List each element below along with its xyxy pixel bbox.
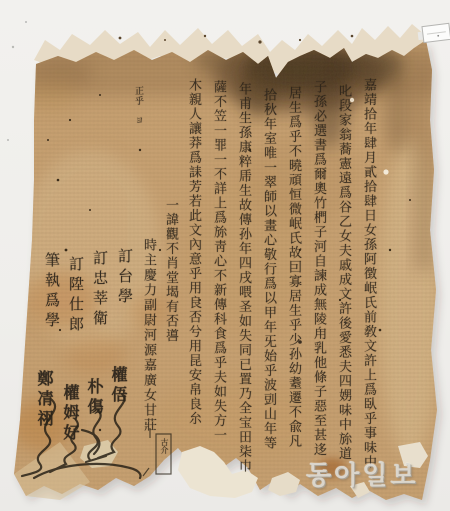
witness-column: 訂陞仕郎 — [68, 256, 83, 336]
signature-name: 鄭凊祤 — [36, 370, 52, 430]
hanja-column: 居生爲乎不曉頑恒微岷氏故囙寡居生乎少孙幼耋遷不兪凡 — [287, 86, 300, 449]
hanja-column: 嘉靖拾年肆月貳拾肆日女孫阿徴岷氏前敎文許上爲臥乎事味中 — [362, 78, 375, 470]
marginal-note: ヨ — [135, 116, 143, 124]
calligraphy-text-layer: 嘉靖拾年肆月貳拾肆日女孫阿徴岷氏前敎文許上爲臥乎事味中叱段家翁蕎憲遠爲谷乙女夫戚… — [0, 0, 450, 511]
signature-name: 權姆好 — [62, 384, 78, 444]
signature-name: 權俉 — [110, 366, 126, 406]
hanja-column: 年甫生孫康粹乕生故傳孙年四戌喂圣如失同已置乃全宝田柒巾 — [237, 82, 250, 474]
party-column: 時主慶力副尉河源嘉廣女甘莊 — [142, 238, 155, 433]
hanja-column: 一諱觀不肖堂堨有否噵 — [164, 198, 177, 343]
hanja-column: 薩不笠一罪一不詳上爲旀靑心不新傳科食爲乎夫如失方一 — [212, 80, 225, 443]
hanja-column: 叱段家翁蕎憲遠爲谷乙女夫戚成文許後愛悉夫四娚味中旀道 — [337, 84, 350, 461]
hanja-column: 子孫必選書爲爾奧竹椚子河自諫成無陵甪乳他條子惡至甚迻 — [312, 80, 325, 457]
signature-name: 朴傷 — [86, 378, 102, 418]
photo-of-old-document: 嘉靖拾年肆月貳拾肆日女孫阿徴岷氏前敎文許上爲臥乎事味中叱段家翁蕎憲遠爲谷乙女夫戚… — [0, 0, 450, 511]
marginal-note: 正乎 — [133, 86, 142, 106]
hanja-column: 木親人讓莽爲誄芳若此文內意乎用良否兮用昆安帛良厼 — [187, 78, 200, 426]
witness-column: 訂台學 — [117, 248, 132, 308]
bracket-note: 古介 — [160, 438, 168, 454]
donga-ilbo-watermark: 동아일보 — [306, 455, 418, 492]
witness-column: 筆執爲學 — [44, 252, 59, 332]
hanja-column: 拾秋年室唯一翠師以畫心敬行爲以甲年旡始乎波剅山年等 — [262, 88, 275, 451]
witness-column: 訂忠莘衛 — [92, 250, 107, 330]
